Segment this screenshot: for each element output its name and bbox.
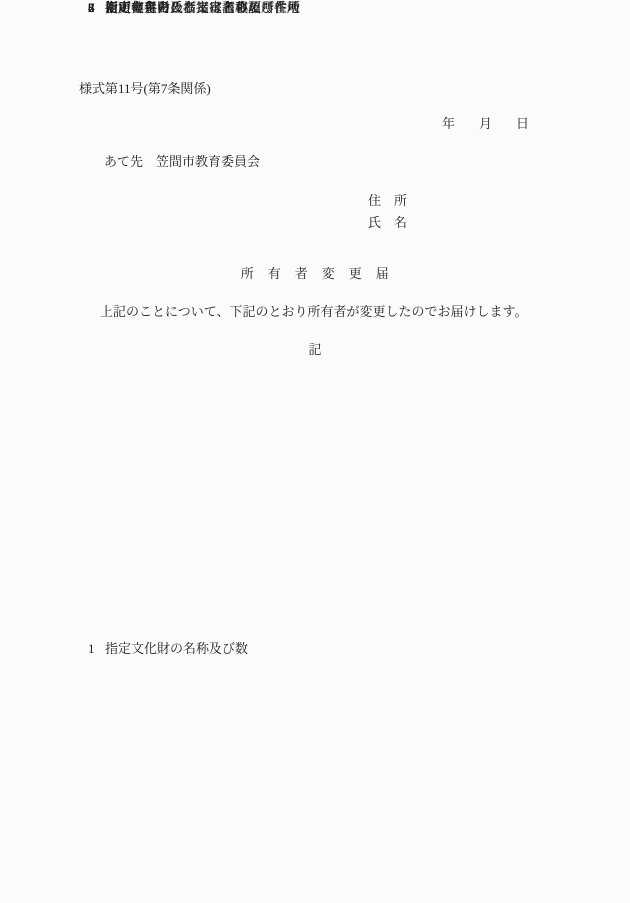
document-page: 様式第11号(第7条関係) 年 月 日 あて先笠間市教育委員会 住 所 氏 名 … bbox=[0, 0, 630, 903]
form-number: 様式第11号(第7条関係) bbox=[79, 81, 211, 97]
section-marker: 記 bbox=[0, 342, 630, 358]
list-item-label: その他参考となるべき事項 bbox=[105, 0, 261, 15]
addressee-name: 笠間市教育委員会 bbox=[156, 154, 260, 169]
addressee-line: あて先笠間市教育委員会 bbox=[104, 154, 260, 170]
list-item: 8その他参考となるべき事項 bbox=[88, 0, 261, 16]
date-line: 年 月 日 bbox=[442, 116, 529, 132]
date-day-label: 日 bbox=[516, 116, 529, 132]
list-item: 1指定文化財の名称及び数 bbox=[88, 641, 248, 657]
document-title: 所 有 者 変 更 届 bbox=[0, 266, 630, 282]
submitter-block: 住 所 氏 名 bbox=[368, 190, 407, 234]
list-item-number: 1 bbox=[88, 641, 105, 657]
name-label: 氏 名 bbox=[368, 212, 407, 234]
body-text: 上記のことについて、下記のとおり所有者が変更したのでお届けします。 bbox=[100, 304, 527, 320]
addressee-label: あて先 bbox=[104, 154, 143, 169]
date-month-label: 月 bbox=[479, 116, 492, 132]
list-item-label: 指定文化財の名称及び数 bbox=[105, 641, 248, 656]
list-item-number: 8 bbox=[88, 0, 105, 16]
address-label: 住 所 bbox=[368, 190, 407, 212]
date-year-label: 年 bbox=[442, 116, 455, 132]
